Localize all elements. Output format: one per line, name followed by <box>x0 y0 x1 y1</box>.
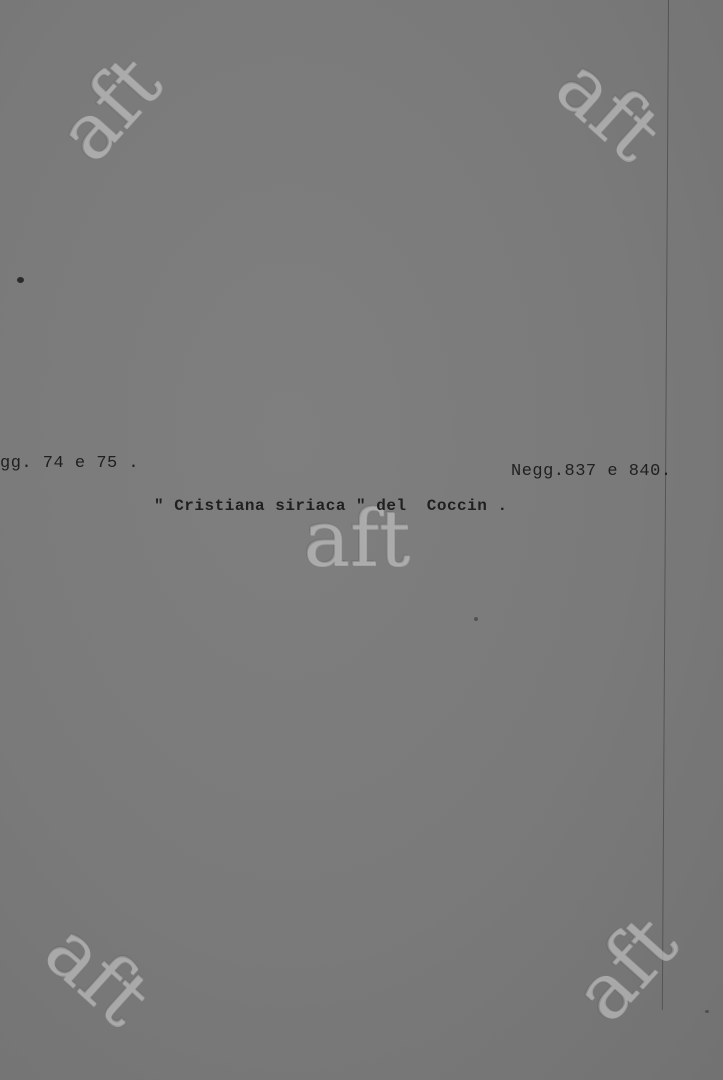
ink-speck <box>474 617 478 621</box>
watermark-top-left: aft <box>45 43 174 174</box>
scanned-photo-card: aft aft aft aft aft gg. 74 e 75 . Negg.8… <box>0 0 723 1080</box>
card-edge-line <box>662 0 669 1010</box>
artwork-caption: " Cristiana siriaca " del Coccin . <box>154 497 508 515</box>
watermark-bottom-right: aft <box>561 903 690 1034</box>
watermark-top-right: aft <box>543 44 674 173</box>
negative-reference-left: gg. 74 e 75 . <box>0 454 139 473</box>
watermark-bottom-left: aft <box>32 909 163 1038</box>
negative-reference-right: Negg.837 e 840. <box>511 462 672 481</box>
ink-speck <box>705 1010 709 1013</box>
ink-speck <box>17 277 24 283</box>
